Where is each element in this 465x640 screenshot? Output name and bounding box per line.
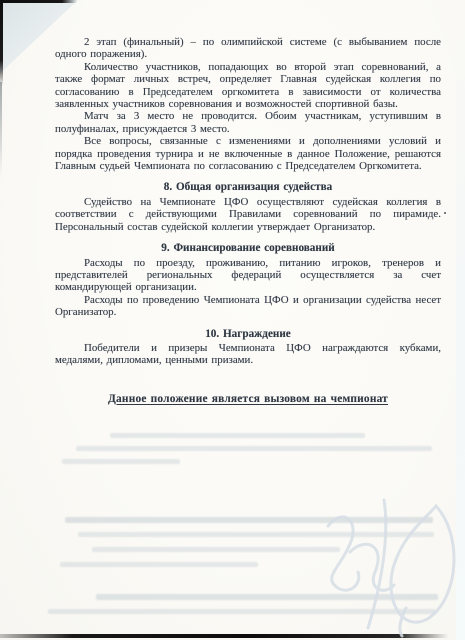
- bleed-through-text: [62, 459, 180, 464]
- closing-statement: Данное положение является вызовом на чем…: [55, 393, 441, 405]
- document-paragraph: Победители и призеры Чемпионата ЦФО нагр…: [55, 342, 441, 367]
- section-heading-10: 10. Награждение: [55, 328, 441, 340]
- section-heading-9: 9. Финансирование соревнований: [55, 242, 441, 254]
- document-paragraph: Расходы по проведению Чемпионата ЦФО и о…: [55, 294, 441, 319]
- section-heading-8: 8. Общая организация судейства: [55, 181, 441, 193]
- scan-edge-left: [0, 0, 3, 86]
- document-paragraph: 2 этап (финальный) – по олимпийской сист…: [55, 36, 441, 61]
- bleed-through-text: [76, 446, 432, 451]
- scanned-document-page: 2 этап (финальный) – по олимпийской сист…: [0, 0, 465, 640]
- document-paragraph: Количество участников, попадающих во вто…: [55, 61, 441, 111]
- document-paragraph: Расходы по проезду, проживанию, питанию …: [55, 257, 441, 294]
- document-text-block: 2 этап (финальный) – по олимпийской сист…: [55, 36, 441, 405]
- bleed-through-text: [60, 562, 258, 567]
- scan-edge-left-faint: [0, 82, 2, 177]
- bleed-through-signature: [288, 468, 465, 640]
- document-paragraph: Матч за 3 место не проводится. Обоим уча…: [55, 110, 441, 135]
- bleed-through-text: [110, 433, 365, 438]
- document-paragraph: Судейство на Чемпионате ЦФО осуществляют…: [55, 196, 441, 233]
- document-paragraph: Все вопросы, связанные с изменениями и д…: [55, 135, 441, 172]
- scan-edge-top: [2, 0, 77, 3]
- ink-dot-artifact: [444, 212, 446, 214]
